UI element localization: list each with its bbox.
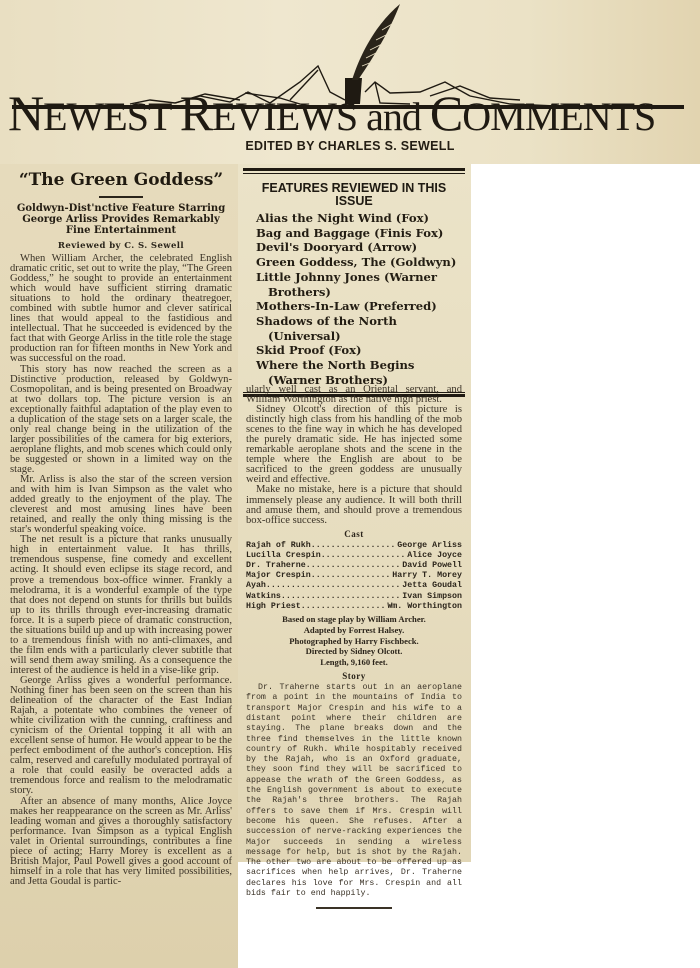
cast-role: Ayah xyxy=(246,581,266,591)
credits: Based on stage play by William Archer. A… xyxy=(246,614,462,668)
leader-dots xyxy=(321,551,408,561)
cast-actor: Wm. Worthington xyxy=(387,602,462,612)
credit-line: Based on stage play by William Archer. xyxy=(246,614,462,625)
review-paragraph: George Arliss gives a wonderful performa… xyxy=(10,676,232,797)
cast-row: Rajah of RukhGeorge Arliss xyxy=(246,541,462,551)
review-paragraph: ularly well cast as an Oriental servant,… xyxy=(246,385,462,405)
credit-line: Adapted by Forrest Halsey. xyxy=(246,625,462,636)
features-heading: FEATURES REVIEWED IN THIS ISSUE xyxy=(243,182,465,208)
masthead-title-part: R xyxy=(180,85,212,141)
story-paragraph: Dr. Traherne starts out in an aeroplane … xyxy=(246,683,462,899)
divider xyxy=(243,173,465,174)
review-title: “The Green Goddess” xyxy=(10,170,232,190)
cast-actor: Ivan Simpson xyxy=(402,592,462,602)
review-continuation-column: ularly well cast as an Oriental servant,… xyxy=(246,385,462,909)
cast-actor: Jetta Goudal xyxy=(402,581,462,591)
end-divider xyxy=(316,907,392,909)
masthead-title-part: N xyxy=(8,85,43,141)
review-column: “The Green Goddess” Goldwyn-Dist'nctive … xyxy=(10,168,232,887)
features-reviewed-box: FEATURES REVIEWED IN THIS ISSUE Alias th… xyxy=(243,168,465,397)
leader-dots xyxy=(306,561,403,571)
masthead-title-part: EVIEWS xyxy=(212,94,357,139)
cast-list: Rajah of RukhGeorge Arliss Lucilla Cresp… xyxy=(246,541,462,612)
review-paragraph: This story has now reached the screen as… xyxy=(10,365,232,476)
cast-row: Dr. TraherneDavid Powell xyxy=(246,561,462,571)
cast-role: High Priest xyxy=(246,602,301,612)
masthead-title-part: C xyxy=(430,85,462,141)
feature-item: Skid Proof (Fox) xyxy=(256,343,465,358)
divider xyxy=(243,168,465,171)
cast-actor: Harry T. Morey xyxy=(392,571,462,581)
feature-item: Devil's Dooryard (Arrow) xyxy=(256,240,465,255)
features-list: Alias the Night Wind (Fox) Bag and Bagga… xyxy=(243,211,465,387)
masthead-title: NEWEST REVIEWS and COMMENTS xyxy=(8,88,692,138)
cast-row: High PriestWm. Worthington xyxy=(246,602,462,612)
cast-actor: George Arliss xyxy=(397,541,462,551)
feature-item: Shadows of the North (Universal) xyxy=(256,314,465,343)
cast-row: Lucilla CrespinAlice Joyce xyxy=(246,551,462,561)
review-continuation-body: ularly well cast as an Oriental servant,… xyxy=(246,385,462,526)
leader-dots xyxy=(281,592,402,602)
feature-item: Green Goddess, The (Goldwyn) xyxy=(256,255,465,270)
credit-line: Directed by Sidney Olcott. xyxy=(246,646,462,657)
cast-row: WatkinsIvan Simpson xyxy=(246,592,462,602)
divider xyxy=(99,196,143,198)
masthead-title-part: EWEST xyxy=(43,94,180,139)
review-paragraph: When William Archer, the celebrated Engl… xyxy=(10,254,232,365)
review-paragraph: Mr. Arliss is also the star of the scree… xyxy=(10,475,232,535)
leader-dots xyxy=(311,571,393,581)
cast-role: Lucilla Crespin xyxy=(246,551,321,561)
review-paragraph: The net result is a picture that ranks u… xyxy=(10,535,232,676)
credit-line: Photographed by Harry Fischbeck. xyxy=(246,636,462,647)
cast-role: Dr. Traherne xyxy=(246,561,306,571)
feature-item: Alias the Night Wind (Fox) xyxy=(256,211,465,226)
cast-row: AyahJetta Goudal xyxy=(246,581,462,591)
cast-role: Watkins xyxy=(246,592,281,602)
cast-heading: Cast xyxy=(246,529,462,539)
cast-actor: David Powell xyxy=(402,561,462,571)
feature-item: Mothers-In-Law (Preferred) xyxy=(256,299,465,314)
masthead-title-part: OMMENTS xyxy=(462,94,655,139)
feature-item: Bag and Baggage (Finis Fox) xyxy=(256,226,465,241)
editor-byline: EDITED BY CHARLES S. SEWELL xyxy=(0,139,700,153)
review-body: When William Archer, the celebrated Engl… xyxy=(10,254,232,887)
story-synopsis: Dr. Traherne starts out in an aeroplane … xyxy=(246,683,462,899)
review-paragraph: After an absence of many months, Alice J… xyxy=(10,797,232,887)
story-heading: Story xyxy=(246,671,462,681)
cast-role: Major Crespin xyxy=(246,571,311,581)
review-subtitle: Goldwyn-Dist'nctive Feature Starring Geo… xyxy=(10,203,232,236)
cast-actor: Alice Joyce xyxy=(407,551,462,561)
leader-dots xyxy=(311,541,398,551)
review-paragraph: Sidney Olcott's direction of this pictur… xyxy=(246,405,462,485)
masthead-title-part: and xyxy=(357,94,430,139)
reviewer-byline: Reviewed by C. S. Sewell xyxy=(10,241,232,251)
cast-row: Major CrespinHarry T. Morey xyxy=(246,571,462,581)
leader-dots xyxy=(266,581,402,591)
credit-line: Length, 9,160 feet. xyxy=(246,657,462,668)
cast-role: Rajah of Rukh xyxy=(246,541,311,551)
review-paragraph: Make no mistake, here is a picture that … xyxy=(246,485,462,525)
leader-dots xyxy=(301,602,388,612)
feature-item: Little Johnny Jones (Warner Brothers) xyxy=(256,270,465,299)
